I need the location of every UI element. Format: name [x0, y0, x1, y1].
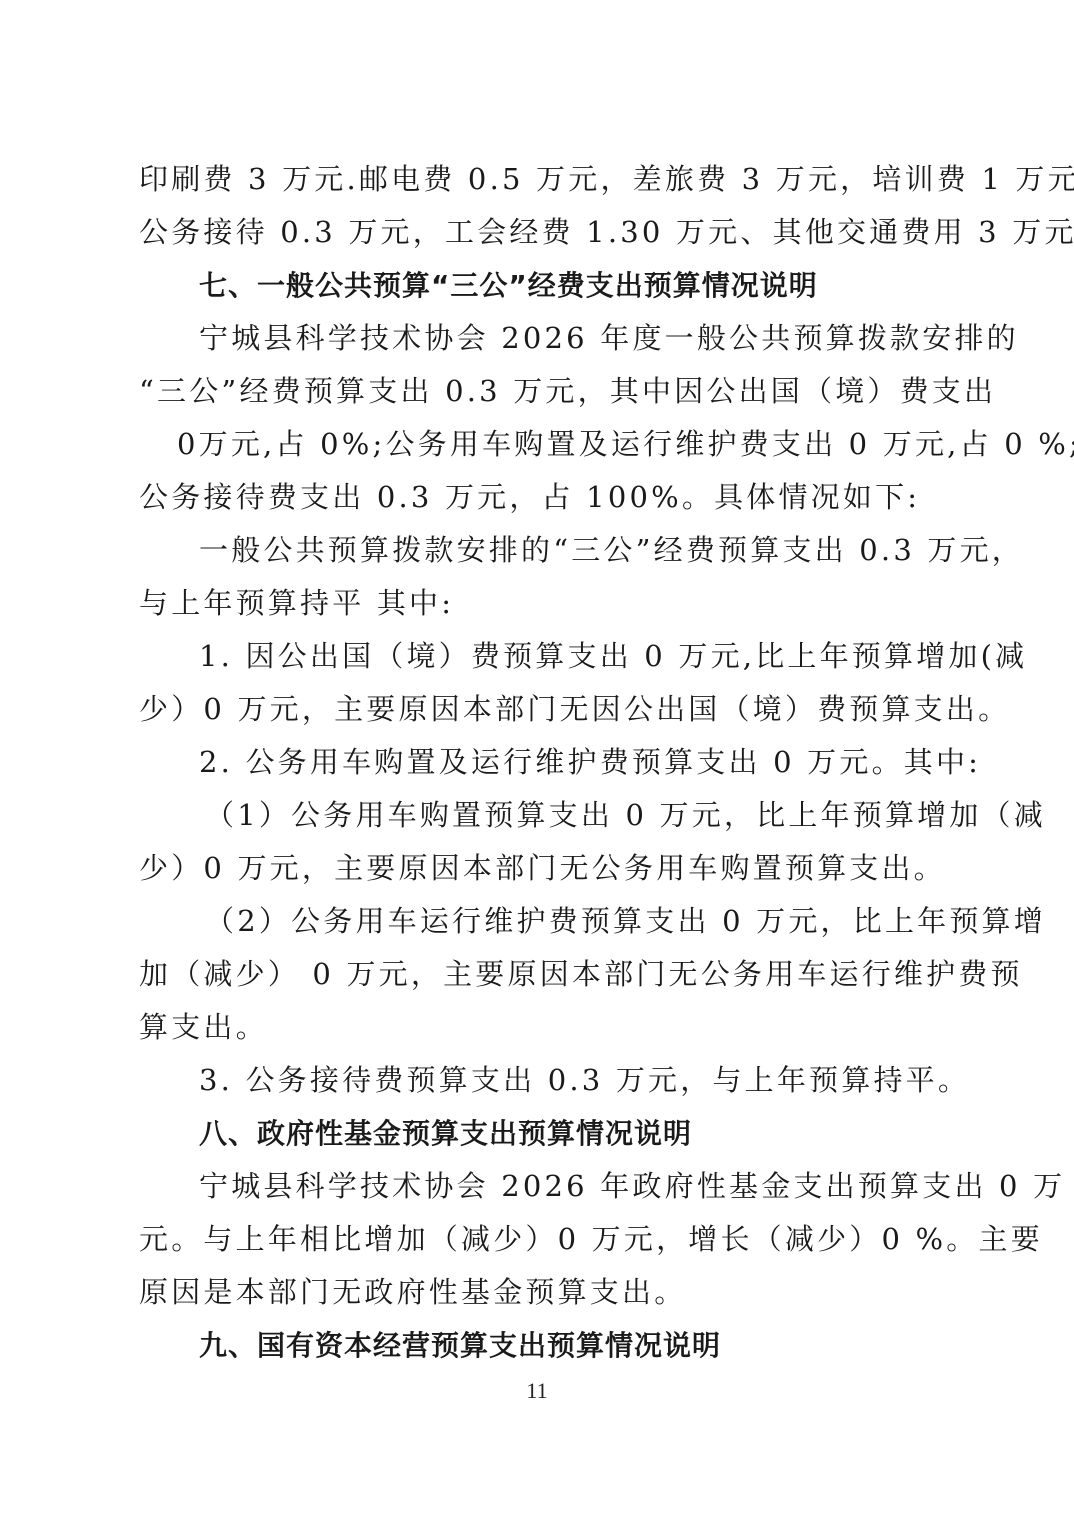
section-heading-8: 八、政府性基金预算支出预算情况说明 [139, 1107, 937, 1160]
section-heading-7: 七、一般公共预算“三公”经费支出预算情况说明 [139, 259, 937, 312]
paragraph-line: 公务接待费支出 0.3 万元，占 100%。具体情况如下: [139, 471, 937, 524]
sub-item-2: （2）公务用车运行维护费预算支出 0 万元，比上年预算增 [139, 895, 937, 948]
paragraph-line: 宁城县科学技术协会 2026 年政府性基金支出预算支出 0 万 [139, 1160, 937, 1213]
document-page: 印刷费 3 万元.邮电费 0.5 万元，差旅费 3 万元，培训费 1 万元， 公… [139, 153, 937, 1372]
paragraph-line: 少）0 万元，主要原因本部门无公务用车购置预算支出。 [139, 842, 937, 895]
paragraph-line: 0万元,占 0%;公务用车购置及运行维护费支出 0 万元,占 0 %; [139, 418, 937, 471]
paragraph-line: 公务接待 0.3 万元，工会经费 1.30 万元、其他交通费用 3 万元 [139, 206, 937, 259]
paragraph-line: 印刷费 3 万元.邮电费 0.5 万元，差旅费 3 万元，培训费 1 万元， [139, 153, 937, 206]
paragraph-line: 原因是本部门无政府性基金预算支出。 [139, 1266, 937, 1319]
section-heading-9: 九、国有资本经营预算支出预算情况说明 [139, 1319, 937, 1372]
list-item-1: 1. 因公出国（境）费预算支出 0 万元,比上年预算增加(减 [139, 630, 937, 683]
page-number: 11 [0, 1378, 1074, 1404]
paragraph-line: 算支出。 [139, 1001, 937, 1054]
paragraph-line: 与上年预算持平 其中: [139, 577, 937, 630]
list-item-3: 3. 公务接待费预算支出 0.3 万元，与上年预算持平。 [139, 1054, 937, 1107]
sub-item-1: （1）公务用车购置预算支出 0 万元，比上年预算增加（减 [139, 789, 937, 842]
paragraph-line: 加（减少） 0 万元，主要原因本部门无公务用车运行维护费预 [139, 948, 937, 1001]
paragraph-line: 宁城县科学技术协会 2026 年度一般公共预算拨款安排的 [139, 312, 937, 365]
paragraph-line: 一般公共预算拨款安排的“三公”经费预算支出 0.3 万元， [139, 524, 937, 577]
list-item-2: 2. 公务用车购置及运行维护费预算支出 0 万元。其中: [139, 736, 937, 789]
paragraph-line: 少）0 万元，主要原因本部门无因公出国（境）费预算支出。 [139, 683, 937, 736]
paragraph-line: 元。与上年相比增加（减少）0 万元，增长（减少）0 %。主要 [139, 1213, 937, 1266]
paragraph-line: “三公”经费预算支出 0.3 万元，其中因公出国（境）费支出 [139, 365, 937, 418]
